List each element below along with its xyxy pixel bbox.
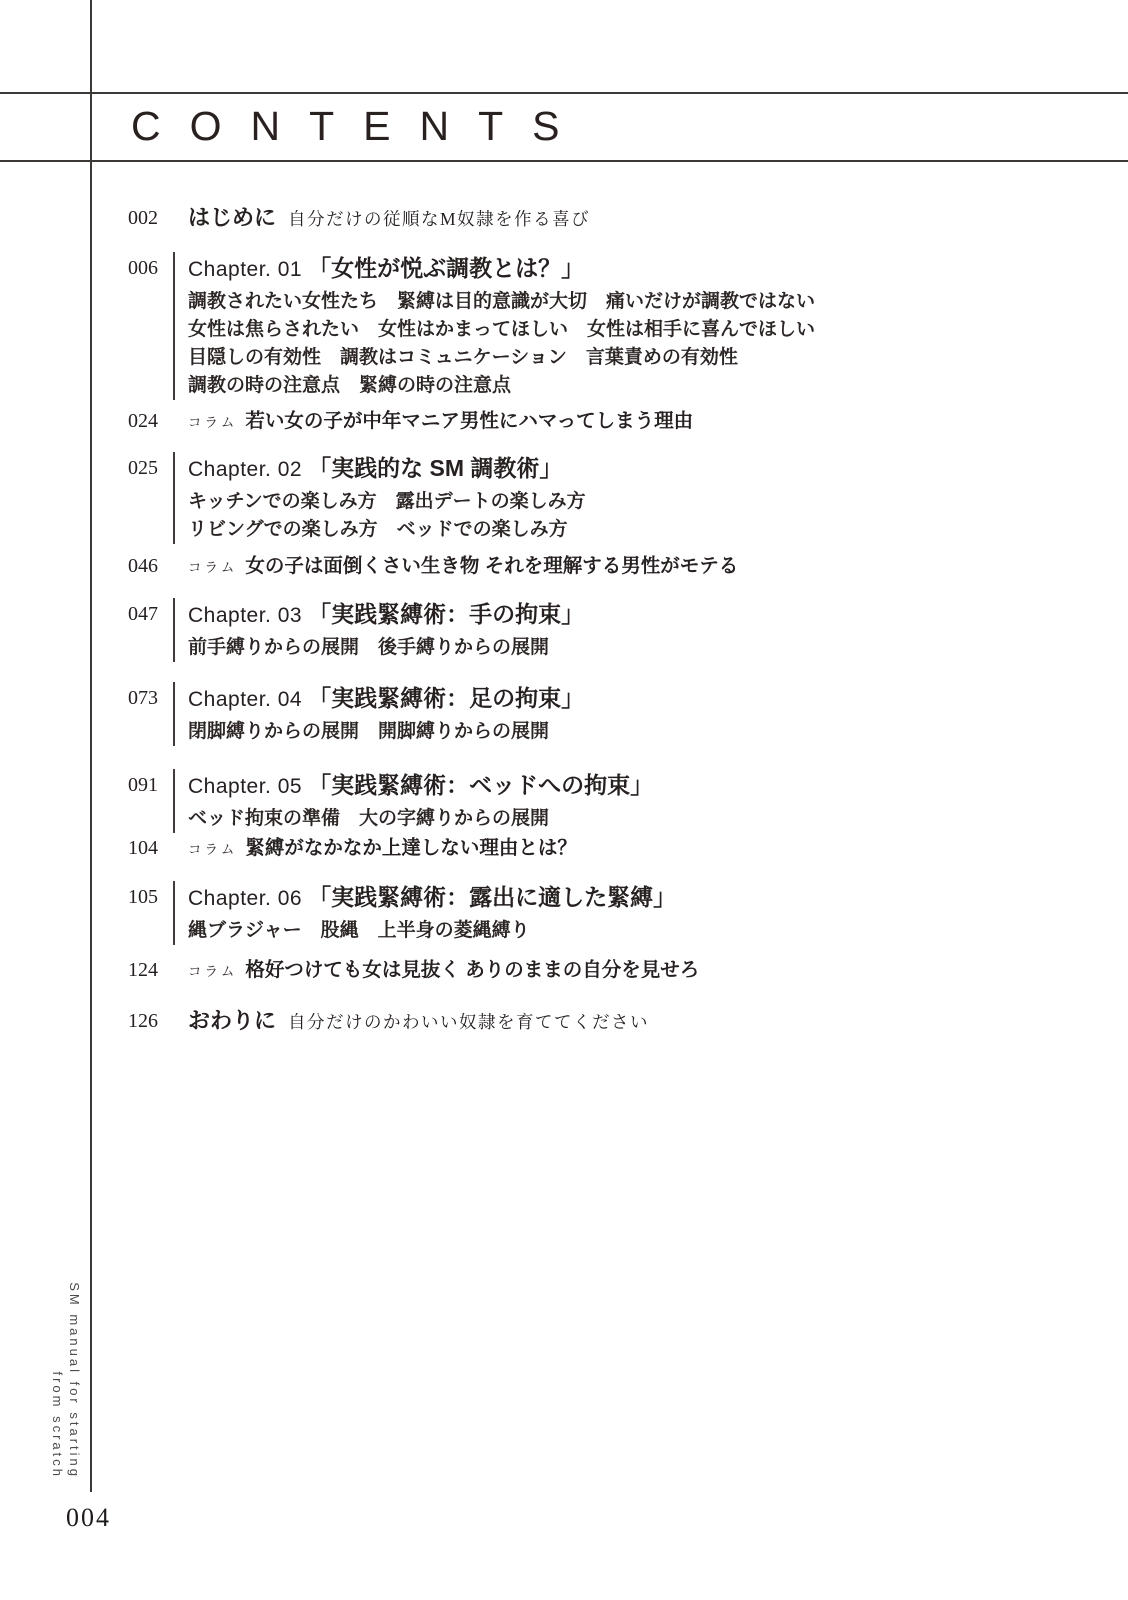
chapter-side-rule [173,769,175,833]
section-title: はじめに [188,205,276,231]
entry-page-number: 124 [128,958,173,982]
chapter-title-line: Chapter. 04「実践緊縛術：足の拘束」 [188,682,584,718]
chapter-title-line: Chapter. 06「実践緊縛術：露出に適した緊縛」 [188,881,676,917]
toc-entry-046: 046コラム女の子は面倒くさい生き物 それを理解する男性がモテる [128,554,738,578]
chapter-title: 「実践緊縛術：手の拘束」 [308,601,584,627]
column-title: 緊縛がなかなか上達しない理由とは？ [245,836,577,860]
toc-entry-006: 006Chapter. 01「女性が悦ぶ調教とは？」調教されたい女性たち 緊縛は… [128,252,815,400]
chapter-subtopics-line: ベッド拘束の準備 大の字縛りからの展開 [188,805,653,833]
side-caption: SM manual for starting from scratch [49,1269,83,1479]
toc-entry-073: 073Chapter. 04「実践緊縛術：足の拘束」閉脚縛りからの展開 開脚縛り… [128,682,584,746]
chapter-label: Chapter. 04 [188,688,302,711]
column-title: 女の子は面倒くさい生き物 それを理解する男性がモテる [245,554,738,578]
section-subtitle: 自分だけの従順なM奴隷を作る喜び [288,206,590,231]
chapter-label: Chapter. 05 [188,775,302,798]
side-caption-line2: from scratch [49,1269,66,1479]
column-body: コラム緊縛がなかなか上達しない理由とは？ [188,836,577,860]
chapter-subtopics-line: 調教されたい女性たち 緊縛は目的意識が大切 痛いだけが調教ではない [188,288,815,316]
chapter-label: Chapter. 01 [188,258,302,281]
chapter-title: 「女性が悦ぶ調教とは？」 [308,255,584,281]
side-caption-line1: SM manual for starting [66,1269,83,1479]
chapter-body: Chapter. 04「実践緊縛術：足の拘束」閉脚縛りからの展開 開脚縛りからの… [188,682,584,746]
toc-entry-124: 124コラム格好つけても女は見抜く ありのままの自分を見せろ [128,958,699,982]
chapter-body: Chapter. 03「実践緊縛術：手の拘束」前手縛りからの展開 後手縛りからの… [188,598,584,662]
column-title: 若い女の子が中年マニア男性にハマってしまう理由 [245,409,693,433]
column-label: コラム [188,411,237,431]
chapter-side-rule [173,252,175,400]
column-body: コラム格好つけても女は見抜く ありのままの自分を見せろ [188,958,699,982]
section-title: おわりに [188,1008,276,1034]
toc-entry-047: 047Chapter. 03「実践緊縛術：手の拘束」前手縛りからの展開 後手縛り… [128,598,584,662]
column-label: コラム [188,960,237,980]
book-toc-page: { "header": { "title": "CONTENTS" }, "to… [0,0,1128,1600]
chapter-body: Chapter. 06「実践緊縛術：露出に適した緊縛」縄ブラジャー 股縄 上半身… [188,881,676,945]
toc-entry-104: 104コラム緊縛がなかなか上達しない理由とは？ [128,836,577,860]
entry-page-number: 006 [128,252,173,400]
chapter-subtopics-line: 目隠しの有効性 調教はコミュニケーション 言葉責めの有効性 [188,344,815,372]
chapter-subtopics-line: 閉脚縛りからの展開 開脚縛りからの展開 [188,718,584,746]
section-body: はじめに自分だけの従順なM奴隷を作る喜び [188,205,590,231]
entry-page-number: 104 [128,836,173,860]
chapter-body: Chapter. 02「実践的な SM 調教術」キッチンでの楽しみ方 露出デート… [188,452,586,544]
chapter-side-rule [173,452,175,544]
entry-page-number: 002 [128,205,173,231]
toc-entry-024: 024コラム若い女の子が中年マニア男性にハマってしまう理由 [128,409,693,433]
entry-page-number: 046 [128,554,173,578]
column-label: コラム [188,838,237,858]
entry-page-number: 105 [128,881,173,945]
chapter-title: 「実践的な SM 調教術」 [308,455,562,481]
chapter-side-rule [173,881,175,945]
chapter-side-rule [173,598,175,662]
chapter-body: Chapter. 01「女性が悦ぶ調教とは？」調教されたい女性たち 緊縛は目的意… [188,252,815,400]
entry-page-number: 047 [128,598,173,662]
chapter-label: Chapter. 02 [188,458,302,481]
column-body: コラム若い女の子が中年マニア男性にハマってしまう理由 [188,409,693,433]
toc-entry-126: 126おわりに自分だけのかわいい奴隷を育ててください [128,1008,649,1034]
chapter-subtopics-line: 調教の時の注意点 緊縛の時の注意点 [188,372,815,400]
column-label: コラム [188,556,237,576]
section-body: おわりに自分だけのかわいい奴隷を育ててください [188,1008,649,1034]
chapter-subtopics-line: 前手縛りからの展開 後手縛りからの展開 [188,634,584,662]
chapter-title: 「実践緊縛術：露出に適した緊縛」 [308,884,676,910]
chapter-subtopics-line: 縄ブラジャー 股縄 上半身の菱縄縛り [188,917,676,945]
entry-page-number: 025 [128,452,173,544]
column-body: コラム女の子は面倒くさい生き物 それを理解する男性がモテる [188,554,738,578]
entry-page-number: 091 [128,769,173,833]
chapter-side-rule [173,682,175,746]
chapter-title: 「実践緊縛術：足の拘束」 [308,685,584,711]
chapter-body: Chapter. 05「実践緊縛術：ベッドへの拘束」ベッド拘束の準備 大の字縛り… [188,769,653,833]
toc-entry-091: 091Chapter. 05「実践緊縛術：ベッドへの拘束」ベッド拘束の準備 大の… [128,769,653,833]
toc-entry-105: 105Chapter. 06「実践緊縛術：露出に適した緊縛」縄ブラジャー 股縄 … [128,881,676,945]
chapter-title: 「実践緊縛術：ベッドへの拘束」 [308,772,653,798]
chapter-subtopics-line: 女性は焦らされたい 女性はかまってほしい 女性は相手に喜んでほしい [188,316,815,344]
section-subtitle: 自分だけのかわいい奴隷を育ててください [288,1009,649,1034]
chapter-subtopics-line: キッチンでの楽しみ方 露出デートの楽しみ方 [188,488,586,516]
chapter-label: Chapter. 03 [188,604,302,627]
entry-page-number: 073 [128,682,173,746]
left-vertical-rule [90,0,92,1492]
toc-entry-002: 002はじめに自分だけの従順なM奴隷を作る喜び [128,205,590,231]
chapter-subtopics-line: リビングでの楽しみ方 ベッドでの楽しみ方 [188,516,586,544]
header-bottom-rule [0,160,1128,162]
folio-page-number: 004 [66,1503,111,1533]
chapter-title-line: Chapter. 01「女性が悦ぶ調教とは？」 [188,252,815,288]
chapter-title-line: Chapter. 03「実践緊縛術：手の拘束」 [188,598,584,634]
entry-page-number: 126 [128,1008,173,1034]
toc-entry-025: 025Chapter. 02「実践的な SM 調教術」キッチンでの楽しみ方 露出… [128,452,586,544]
page-title: CONTENTS [131,92,589,160]
column-title: 格好つけても女は見抜く ありのままの自分を見せろ [245,958,699,982]
chapter-title-line: Chapter. 02「実践的な SM 調教術」 [188,452,586,488]
chapter-title-line: Chapter. 05「実践緊縛術：ベッドへの拘束」 [188,769,653,805]
entry-page-number: 024 [128,409,173,433]
chapter-label: Chapter. 06 [188,887,302,910]
